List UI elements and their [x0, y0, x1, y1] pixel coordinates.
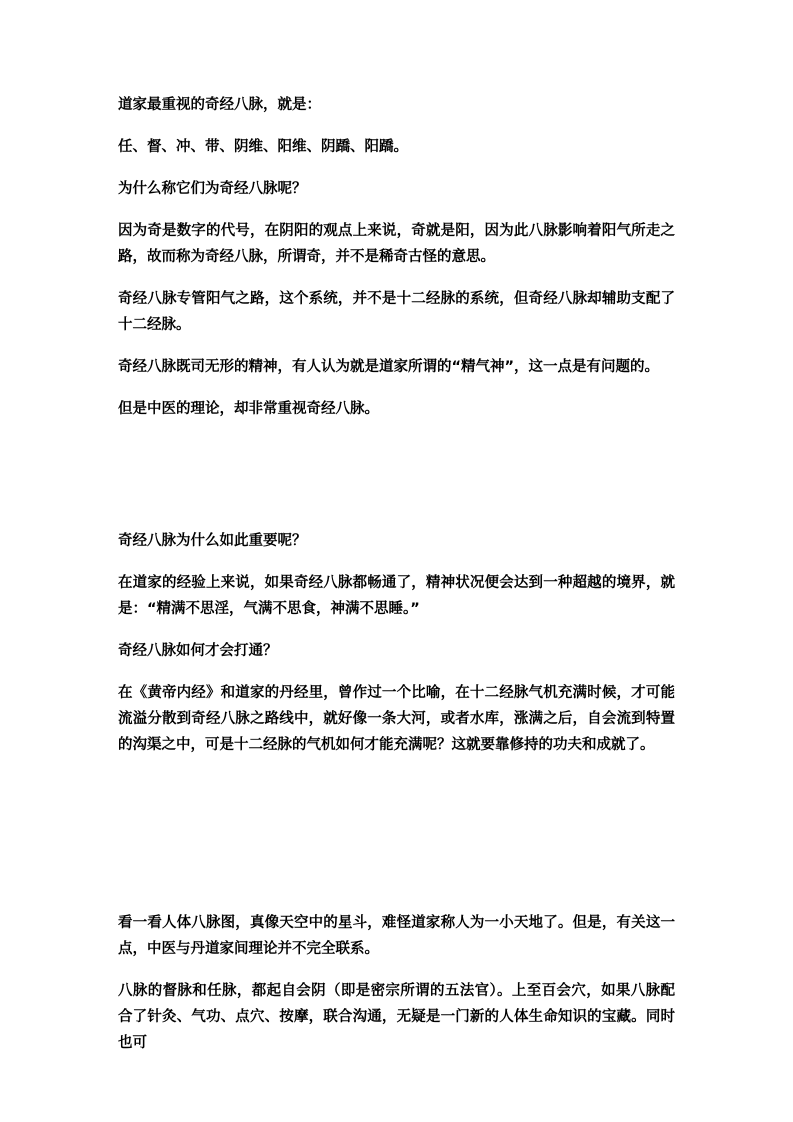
blank-gap-2 — [118, 774, 675, 910]
paragraph-question-unblock: 奇经八脉如何才会打通？ — [118, 638, 675, 664]
paragraph-qi-explanation: 因为奇是数字的代号，在阴阳的观点上来说，奇就是阳，因为此八脉影响着阳气所走之路，… — [118, 218, 675, 270]
paragraph-yang-system: 奇经八脉专管阳气之路，这个系统，并不是十二经脉的系统，但奇经八脉却辅助支配了十二… — [118, 286, 675, 338]
paragraph-taoist-experience: 在道家的经验上来说，如果奇经八脉都畅通了，精神状况便会达到一种超越的境界，就是：… — [118, 570, 675, 622]
paragraph-question-name: 为什么称它们为奇经八脉呢？ — [118, 176, 675, 202]
paragraph-question-importance: 奇经八脉为什么如此重要呢？ — [118, 528, 675, 554]
document-content: 道家最重视的奇经八脉，就是： 任、督、冲、带、阴维、阳维、阴蹻、阳蹻。 为什么称… — [118, 92, 675, 1056]
blank-gap-1 — [118, 438, 675, 528]
paragraph-du-ren-mai: 八脉的督脉和任脉，都起自会阴（即是密宗所谓的五法官）。上至百会穴，如果八脉配合了… — [118, 978, 675, 1056]
paragraph-meridian-list: 任、督、冲、带、阴维、阳维、阴蹻、阳蹻。 — [118, 134, 675, 160]
paragraph-river-metaphor: 在《黄帝内经》和道家的丹经里，曾作过一个比喻，在十二经脉气机充满时候，才可能流溢… — [118, 680, 675, 758]
paragraph-star-map: 看一看人体八脉图，真像天空中的星斗，难怪道家称人为一小天地了。但是，有关这一点，… — [118, 910, 675, 962]
paragraph-tcm-view: 但是中医的理论，却非常重视奇经八脉。 — [118, 396, 675, 422]
paragraph-intro: 道家最重视的奇经八脉，就是： — [118, 92, 675, 118]
paragraph-spirit: 奇经八脉既司无形的精神，有人认为就是道家所谓的“精气神”，这一点是有问题的。 — [118, 354, 675, 380]
document-page: 道家最重视的奇经八脉，就是： 任、督、冲、带、阴维、阳维、阴蹻、阳蹻。 为什么称… — [0, 0, 793, 1122]
